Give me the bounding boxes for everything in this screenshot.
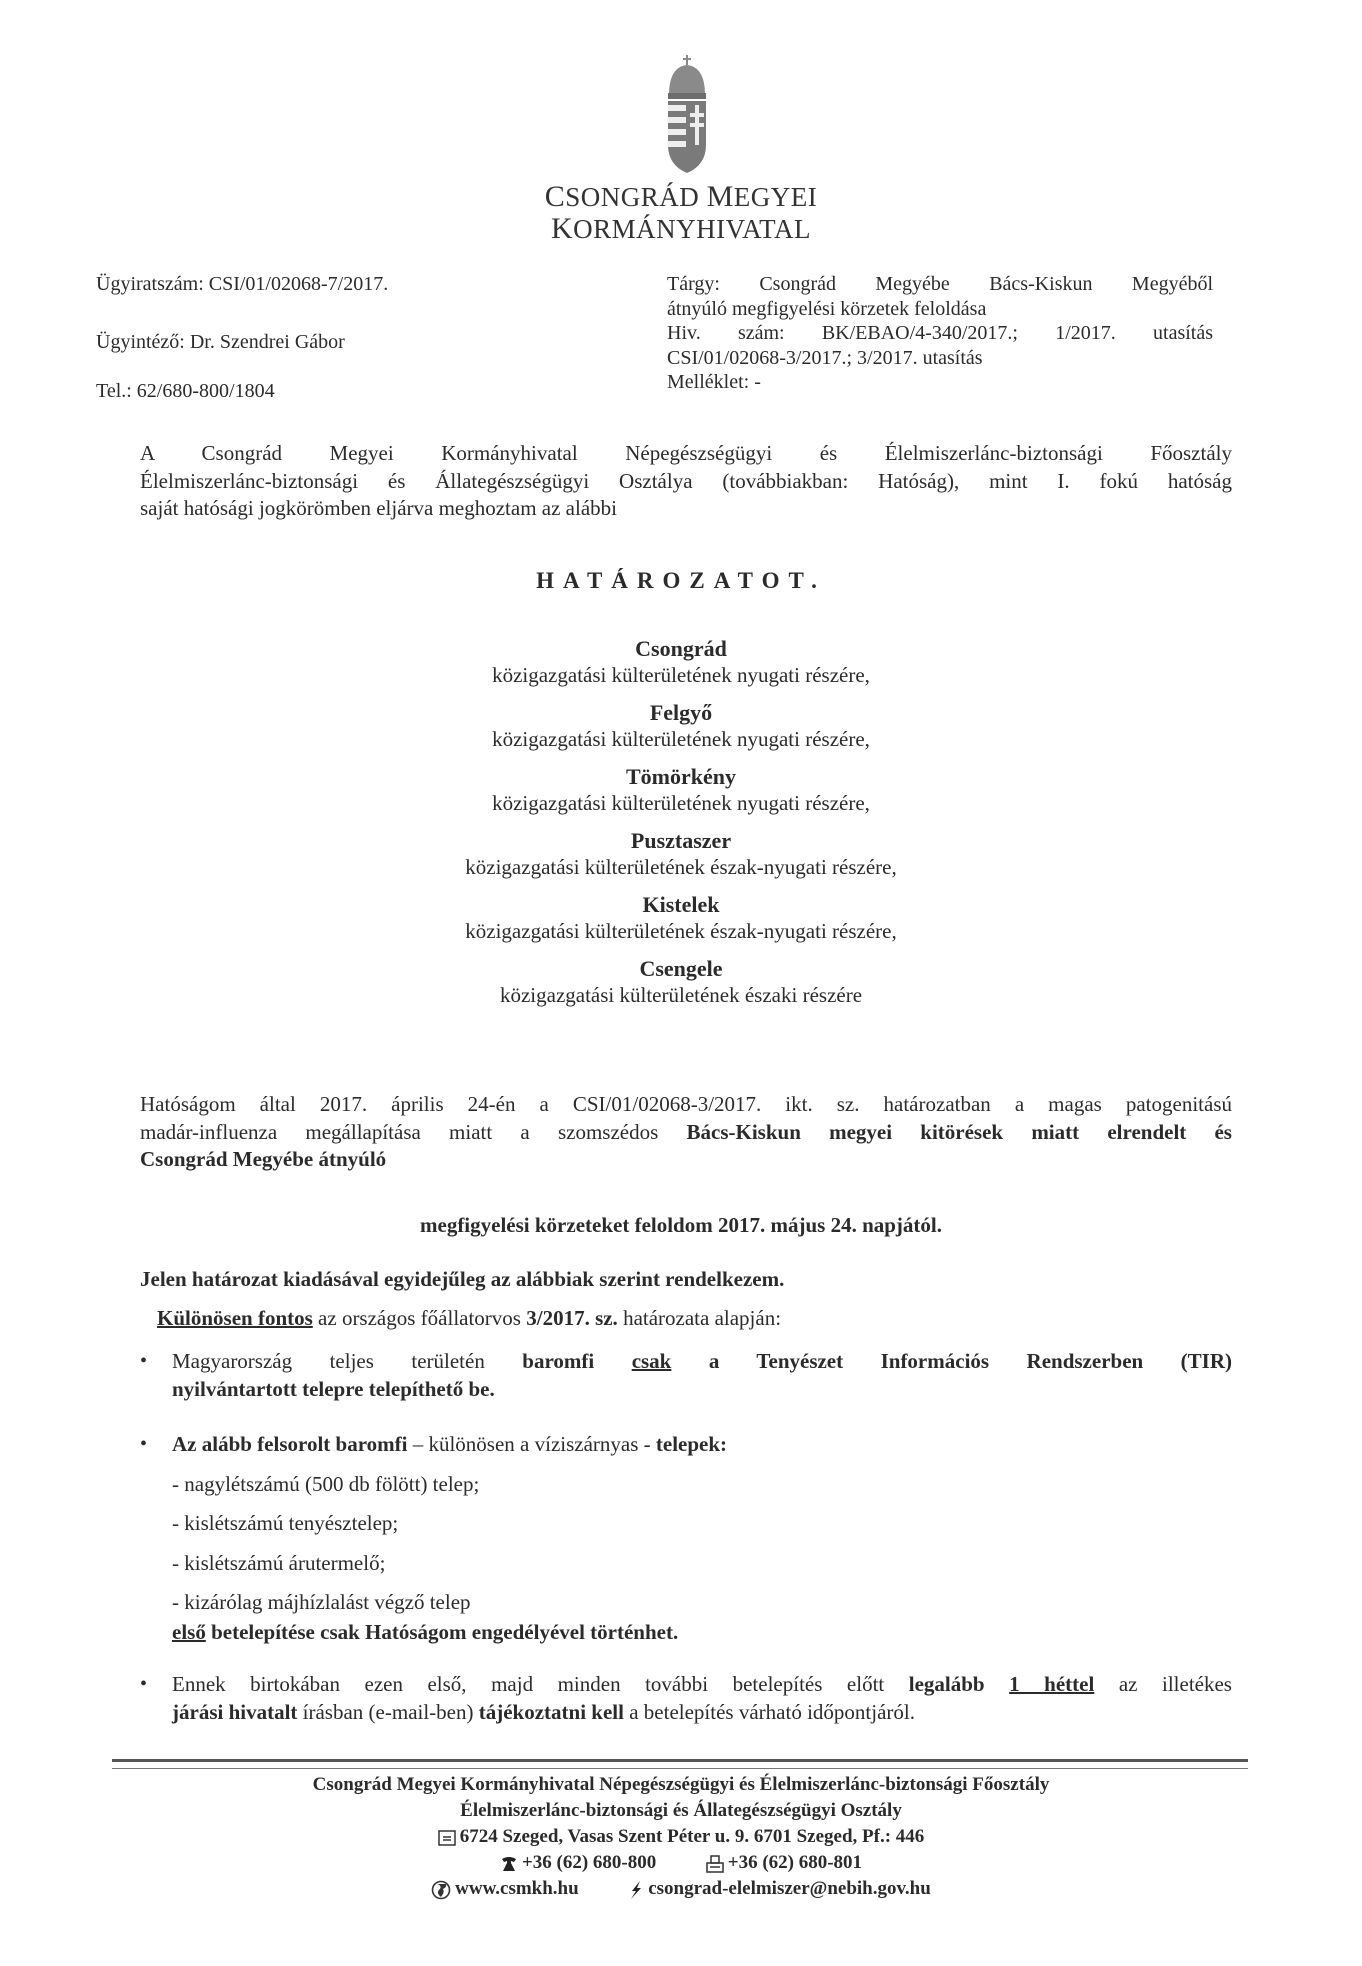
sub-item-list: - nagylétszámú (500 db fölött) telep;- k…: [172, 1471, 1232, 1617]
bold-span: járási hivatalt: [172, 1700, 297, 1724]
footer: Csongrád Megyei Kormányhivatal Népegészs…: [0, 1772, 1362, 1902]
underlined-span: csak: [632, 1349, 672, 1373]
concurrent-statement: Jelen határozat kiadásával egyidejűleg a…: [140, 1266, 1232, 1294]
email-lightning-icon: [628, 1880, 644, 1900]
decision-heading: HATÁROZATOT.: [0, 568, 1362, 594]
text-span: a betelepítés várható időpontjáról.: [624, 1700, 915, 1724]
bold-span: 3/2017. sz.: [526, 1306, 618, 1330]
resolution-statement: megfigyelési körzeteket feloldom 2017. m…: [0, 1213, 1362, 1238]
location-description: közigazgatási külterületének északi rész…: [0, 982, 1362, 1008]
footer-address: 6724 Szeged, Vasas Szent Péter u. 9. 670…: [460, 1826, 925, 1847]
body-paragraph: Hatóságom által 2017. április 24-én a CS…: [140, 1091, 1232, 1174]
website-link[interactable]: www.csmkh.hu: [455, 1878, 579, 1899]
footer-phone[interactable]: +36 (62) 680-800: [522, 1852, 656, 1873]
hungarian-coat-of-arms-icon: [663, 55, 711, 173]
underlined-span: első: [172, 1620, 206, 1644]
body-line: madár-influenza megállapítása miatt a sz…: [140, 1119, 1232, 1147]
body-line: Hatóságom által 2017. április 24-én a CS…: [140, 1091, 1232, 1119]
text-span: írásban (e-mail-ben): [297, 1700, 478, 1724]
org-name-line1: CSONGRÁD MEGYEI: [0, 180, 1362, 214]
location-name: Csengele: [0, 956, 1362, 982]
telephone-icon: [500, 1855, 518, 1873]
case-number: Ügyiratszám: CSI/01/02068-7/2017.: [96, 272, 388, 296]
footer-divider: [112, 1759, 1248, 1769]
sub-list-item: - kizárólag májhízlalást végző telep: [172, 1589, 1232, 1617]
bold-span: Bács-Kiskun megyei kitörések miatt elren…: [687, 1120, 1232, 1144]
text-span: – különösen a víziszárnyas -: [407, 1432, 655, 1456]
text-span: az országos főállatorvos: [313, 1306, 526, 1330]
location-name: Pusztaszer: [0, 828, 1362, 854]
footer-org-line: Csongrád Megyei Kormányhivatal Népegészs…: [0, 1772, 1362, 1798]
reference-line: CSI/01/02068-3/2017.; 3/2017. utasítás: [667, 346, 1213, 371]
location-name: Kistelek: [0, 892, 1362, 918]
footer-dept-line: Élelmiszerlánc-biztonsági és Állategészs…: [0, 1798, 1362, 1824]
bold-span: Csongrád Megyébe átnyúló: [140, 1147, 386, 1171]
bold-span: nyilvántartott telepre telepíthető be.: [172, 1377, 495, 1401]
text-span: madár-influenza megállapítása miatt a sz…: [140, 1120, 687, 1144]
bold-span: a Tenyészet Információs Rendszerben (TIR…: [671, 1349, 1232, 1373]
bold-span: baromfi: [522, 1349, 631, 1373]
footer-address-line: 6724 Szeged, Vasas Szent Péter u. 9. 670…: [0, 1824, 1362, 1850]
bold-span: betelepítése csak Hatóságom engedélyével…: [206, 1620, 678, 1644]
globe-icon: [431, 1880, 451, 1900]
location-description: közigazgatási külterületének észak-nyuga…: [0, 918, 1362, 944]
bullet-icon: •: [140, 1671, 147, 1699]
fax-icon: [706, 1855, 724, 1873]
sub-list-item: - nagylétszámú (500 db fölött) telep;: [172, 1471, 1232, 1499]
mail-envelope-icon: [438, 1830, 456, 1846]
footer-fax: +36 (62) 680-801: [728, 1852, 862, 1873]
subject-line: átnyúló megfigyelési körzetek feloldása: [667, 297, 1213, 322]
text-span: az illetékes: [1094, 1672, 1232, 1696]
intro-line: saját hatósági jogkörömben eljárva megho…: [140, 496, 617, 520]
attachment-line: Melléklet: -: [667, 370, 1213, 395]
footer-phone-line: +36 (62) 680-800 +36 (62) 680-801: [0, 1850, 1362, 1876]
footer-web-line: www.csmkh.hu csongrad-elelmiszer@nebih.g…: [0, 1876, 1362, 1902]
important-note: Különösen fontos az országos főállatorvo…: [157, 1305, 1249, 1333]
bullet-item: • Magyarország teljes területén baromfi …: [140, 1348, 1232, 1403]
reference-line: Hiv. szám: BK/EBAO/4-340/2017.; 1/2017. …: [667, 321, 1213, 346]
bold-span: telepek:: [656, 1432, 727, 1456]
org-name-line2: KORMÁNYHIVATAL: [0, 212, 1362, 246]
bold-span: legalább: [909, 1672, 1009, 1696]
body-line: Csongrád Megyébe átnyúló: [140, 1146, 1232, 1174]
case-officer: Ügyintéző: Dr. Szendrei Gábor: [96, 330, 345, 354]
text-span: Ennek birtokában ezen első, majd minden …: [172, 1672, 909, 1696]
sub-list-item: - kislétszámú tenyésztelep;: [172, 1510, 1232, 1538]
intro-line: Élelmiszerlánc-biztonsági és Állategészs…: [140, 468, 1232, 496]
location-description: közigazgatási külterületének nyugati rés…: [0, 790, 1362, 816]
text-span: Magyarország teljes területén: [172, 1349, 522, 1373]
phone-number: Tel.: 62/680-800/1804: [96, 379, 275, 403]
location-description: közigazgatási külterületének nyugati rés…: [0, 662, 1362, 688]
subject-block: Tárgy: Csongrád Megyébe Bács-Kiskun Megy…: [667, 272, 1213, 395]
sub-list-item: - kislétszámú árutermelő;: [172, 1550, 1232, 1578]
location-name: Tömörkény: [0, 764, 1362, 790]
bold-span: tájékoztatni kell: [479, 1700, 624, 1724]
location-name: Felgyő: [0, 700, 1362, 726]
location-name: Csongrád: [0, 636, 1362, 662]
location-description: közigazgatási külterületének észak-nyuga…: [0, 854, 1362, 880]
bullet-icon: •: [140, 1348, 147, 1376]
bullet-icon: •: [140, 1431, 147, 1459]
bold-span: Az alább felsorolt baromfi: [172, 1432, 407, 1456]
email-link[interactable]: csongrad-elelmiszer@nebih.gov.hu: [648, 1878, 931, 1899]
intro-paragraph: A Csongrád Megyei Kormányhivatal Népegés…: [140, 440, 1232, 523]
location-description: közigazgatási külterületének nyugati rés…: [0, 726, 1362, 752]
bullet-item: • Ennek birtokában ezen első, majd minde…: [140, 1671, 1232, 1726]
bullet-item: • Az alább felsorolt baromfi – különösen…: [140, 1431, 1232, 1646]
text-span: határozata alapján:: [618, 1306, 781, 1330]
subject-line: Tárgy: Csongrád Megyébe Bács-Kiskun Megy…: [667, 272, 1213, 297]
location-list: Csongrádközigazgatási külterületének nyu…: [0, 636, 1362, 1020]
underlined-span: 1 héttel: [1009, 1672, 1094, 1696]
underlined-span: Különösen fontos: [157, 1306, 313, 1330]
intro-line: A Csongrád Megyei Kormányhivatal Népegés…: [140, 440, 1232, 468]
